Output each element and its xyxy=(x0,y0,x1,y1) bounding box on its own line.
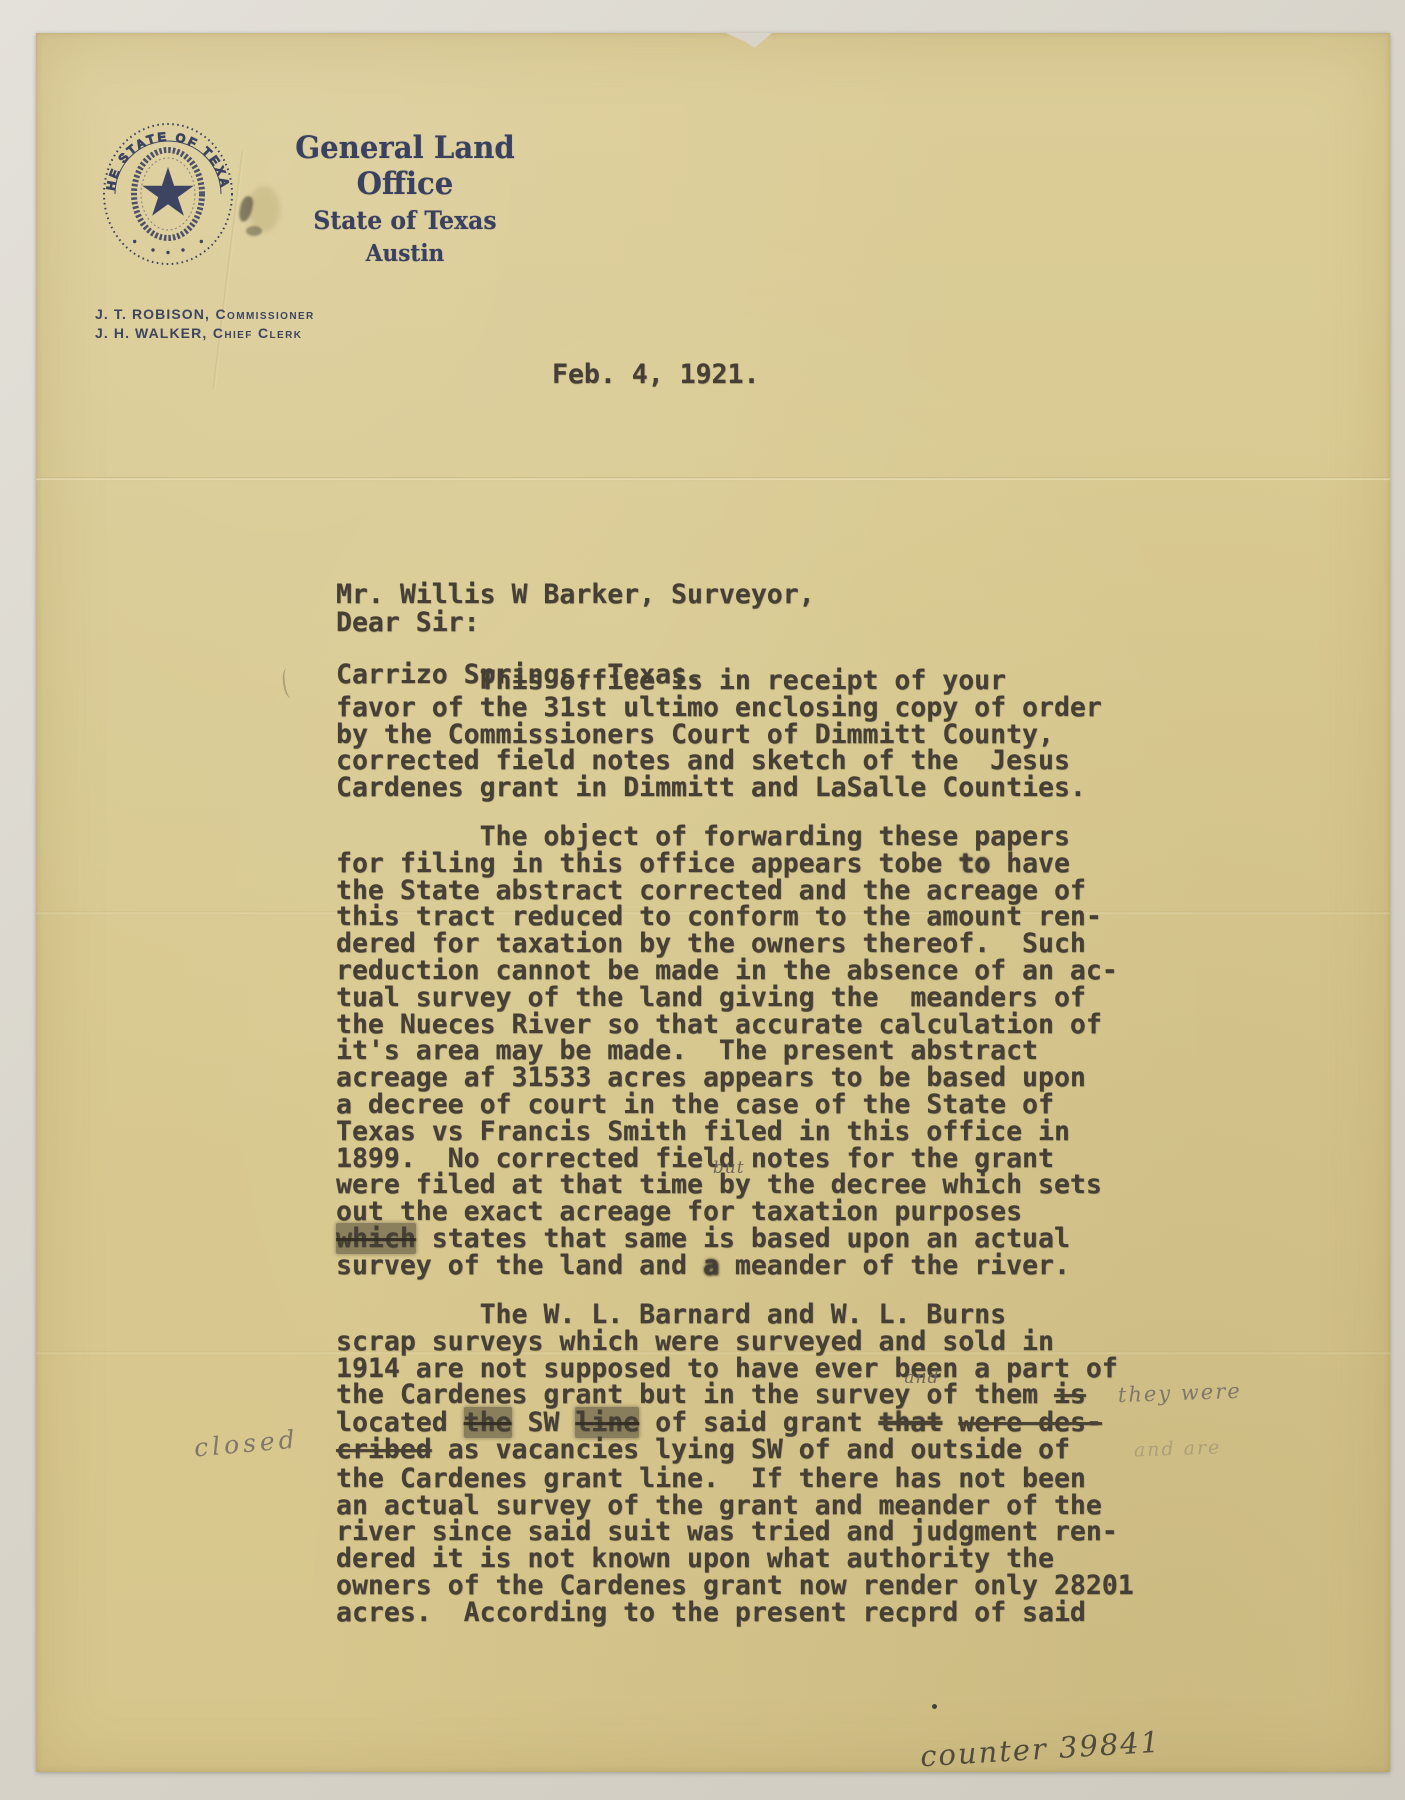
typed-line: it's area may be made. The present abstr… xyxy=(336,1038,1118,1065)
letterhead-city-line: Austin xyxy=(255,240,556,267)
annotated-text: a xyxy=(703,1250,719,1281)
annotated-text: is xyxy=(1054,1379,1086,1410)
typed-text xyxy=(1070,1434,1134,1465)
texas-state-seal-icon: THE STATE OF TEXAS xyxy=(98,112,238,272)
typed-text: meander of the river. xyxy=(719,1250,1070,1281)
typed-line: acreage af 31533 acres appears to be bas… xyxy=(336,1065,1118,1092)
typed-line: Texas vs Francis Smith filed in this off… xyxy=(336,1119,1118,1146)
typed-text xyxy=(1086,1379,1118,1410)
recipient-line: Mr. Willis W Barker, Surveyor, xyxy=(336,582,815,609)
letterhead-state-line: State of Texas xyxy=(255,206,556,235)
typed-line: by the Commissioners Court of Dimmitt Co… xyxy=(336,722,1102,749)
typed-line: a decree of court in the case of the Sta… xyxy=(336,1092,1118,1119)
typed-line: located the SW line of said grant that w… xyxy=(336,1410,1242,1437)
pencil-annotation: and xyxy=(904,1365,939,1392)
typed-line: this tract reduced to conform to the amo… xyxy=(336,904,1118,931)
typed-text: survey of the land and xyxy=(336,1250,703,1281)
typed-text: as vacancies lying SW of and outside of xyxy=(432,1434,1070,1465)
officials-block: J. T. ROBISON, Commissioner J. H. WALKER… xyxy=(95,305,315,343)
letterhead-office-name: General Land Office xyxy=(255,130,556,202)
typed-line: river since said suit was tried and judg… xyxy=(336,1519,1242,1546)
ink-stain xyxy=(246,226,262,236)
official-commissioner: J. T. ROBISON, Commissioner xyxy=(95,305,315,324)
typed-line: corrected field notes and sketch of the … xyxy=(336,748,1102,775)
typed-text: bybut xyxy=(719,1172,751,1199)
official-name: J. T. ROBISON, xyxy=(95,306,210,322)
paragraph-2: The object of forwarding these papersfor… xyxy=(336,824,1118,1280)
typed-line: owners of the Cardenes grant now render … xyxy=(336,1573,1242,1600)
typed-line: The W. L. Barnard and W. L. Burns xyxy=(336,1302,1242,1329)
paragraph-3: The W. L. Barnard and W. L. Burnsscrap s… xyxy=(336,1302,1242,1627)
ink-dot xyxy=(932,1704,937,1709)
star-icon xyxy=(142,167,193,216)
official-title: Commissioner xyxy=(216,306,315,322)
typed-text: acres. According to the present recprd o… xyxy=(336,1597,1086,1628)
typed-line: survey of the land and a meander of the … xyxy=(336,1253,1118,1280)
typed-line: tual survey of the land giving the meand… xyxy=(336,985,1118,1012)
typed-line: 1914 are not supposed to have ever been … xyxy=(336,1356,1242,1383)
official-name: J. H. WALKER, xyxy=(95,325,207,341)
pencil-annotation: but xyxy=(713,1155,745,1182)
fold-crease xyxy=(36,477,1390,481)
typed-line: reduction cannot be made in the absence … xyxy=(336,958,1118,985)
typed-line: dered it is not known upon what authorit… xyxy=(336,1546,1242,1573)
typed-line: scrap surveys which were surveyed and so… xyxy=(336,1329,1242,1356)
typed-text: of them xyxy=(926,1379,1054,1410)
typed-text: Cardenes grant in Dimmitt and LaSalle Co… xyxy=(336,772,1086,803)
typed-line: The object of forwarding these papers xyxy=(336,824,1118,851)
annotated-text: cribed xyxy=(336,1434,432,1465)
typed-line: the Nueces River so that accurate calcul… xyxy=(336,1012,1118,1039)
typed-line: which states that same is based upon an … xyxy=(336,1226,1118,1253)
typed-line: the State abstract corrected and the acr… xyxy=(336,878,1118,905)
typed-line: for filing in this office appears tobe t… xyxy=(336,851,1118,878)
typed-line: favor of the 31st ultimo enclosing copy … xyxy=(336,695,1102,722)
salutation: Dear Sir: xyxy=(336,610,480,637)
paragraph-1: This office is in receipt of yourfavor o… xyxy=(336,668,1102,802)
typed-line: closedcribed as vacancies lying SW of an… xyxy=(336,1437,1242,1466)
typed-line: dered for taxation by the owners thereof… xyxy=(336,931,1118,958)
typed-line: acres. According to the present recprd o… xyxy=(336,1600,1242,1627)
typed-line: Cardenes grant in Dimmitt and LaSalle Co… xyxy=(336,775,1102,802)
letterhead: General Land Office State of Texas Austi… xyxy=(245,130,565,267)
typed-line: This office is in receipt of your xyxy=(336,668,1102,695)
official-chief-clerk: J. H. WALKER, Chief Clerk xyxy=(95,324,315,343)
typed-line: were filed at that time bybut the decree… xyxy=(336,1172,1118,1199)
annotated-text: and are xyxy=(1133,1434,1221,1464)
typed-line: the Cardenes grant line. If there has no… xyxy=(336,1466,1242,1493)
typed-text: and xyxy=(910,1382,926,1409)
annotated-text: they were xyxy=(1117,1378,1242,1409)
typed-text: the Cardenes grant but in the survey xyxy=(336,1379,910,1410)
document-scan: THE STATE OF TEXAS General Land Office S… xyxy=(0,0,1405,1800)
typed-line: out the exact acreage for taxation purpo… xyxy=(336,1199,1118,1226)
typed-line: an actual survey of the grant and meande… xyxy=(336,1493,1242,1520)
paper-tear xyxy=(726,33,772,48)
date-line: Feb. 4, 1921. xyxy=(552,362,759,389)
official-title: Chief Clerk xyxy=(213,325,303,341)
